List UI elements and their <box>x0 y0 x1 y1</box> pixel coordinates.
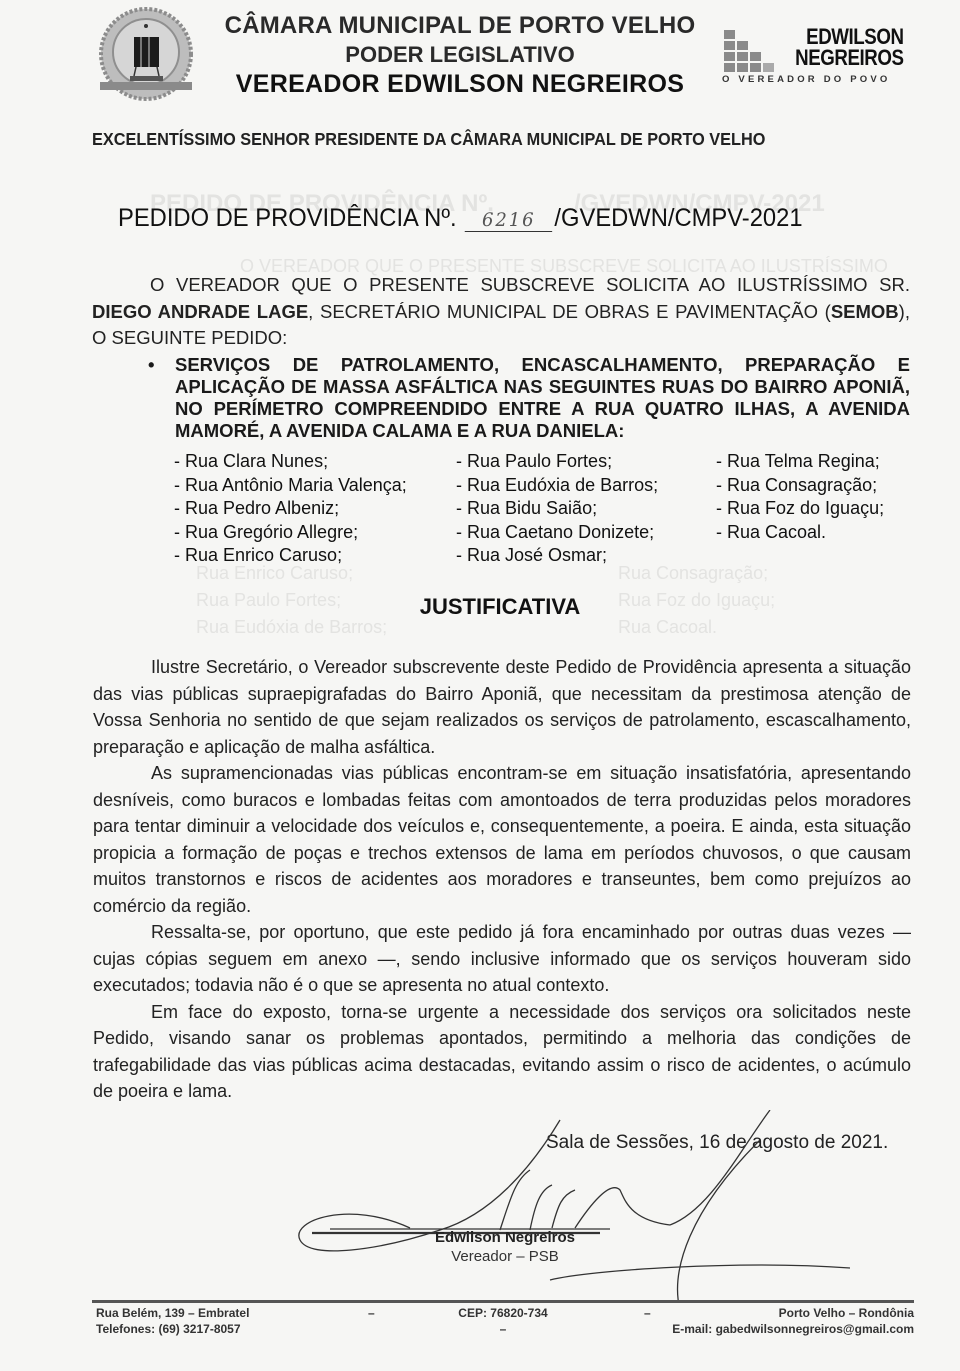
footer-address: Rua Belém, 139 – Embratel Telefones: (69… <box>96 1305 249 1337</box>
list-item: - Rua Eudóxia de Barros; <box>456 474 658 498</box>
list-item: - Rua Clara Nunes; <box>174 450 407 474</box>
document-page: PEDIDO DE PROVIDÊNCIA Nº. /GVEDWN/CMPV-2… <box>0 0 960 1371</box>
street-list-col2: - Rua Paulo Fortes; - Rua Eudóxia de Bar… <box>456 450 658 568</box>
justification-paragraph: Ressalta-se, por oportuno, que este pedi… <box>93 919 911 999</box>
institution-name: CÂMARA MUNICIPAL DE PORTO VELHO <box>200 12 720 40</box>
list-item: - Rua Antônio Maria Valença; <box>174 474 407 498</box>
street-list-col1: - Rua Clara Nunes; - Rua Antônio Maria V… <box>174 450 407 568</box>
request-number: 6216 <box>465 209 552 232</box>
footer-contact: Porto Velho – Rondônia E-mail: gabedwils… <box>672 1305 914 1337</box>
list-item: - Rua Foz do Iguaçu; <box>716 497 884 521</box>
signature-block: Edwilson Negreiros Vereador – PSB <box>420 1228 590 1266</box>
request-title: PEDIDO DE PROVIDÊNCIA Nº. 6216/GVEDWN/CM… <box>118 204 803 233</box>
list-item: - Rua Bidu Saião; <box>456 497 658 521</box>
footer-separator: – <box>644 1305 651 1321</box>
branch-name: PODER LEGISLATIVO <box>200 42 720 68</box>
list-item: - Rua José Osmar; <box>456 544 658 568</box>
footer-separator: – <box>368 1305 375 1321</box>
intro-paragraph: O VEREADOR QUE O PRESENTE SUBSCREVE SOLI… <box>92 272 910 352</box>
footer-divider <box>92 1300 914 1303</box>
brand-tagline: O VEREADOR DO POVO <box>722 74 890 85</box>
agency-acronym: SEMOB <box>831 301 899 322</box>
justification-heading: JUSTIFICATIVA <box>0 594 960 620</box>
justification-body: Ilustre Secretário, o Vereador subscreve… <box>93 654 911 1105</box>
list-item: - Rua Paulo Fortes; <box>456 450 658 474</box>
handwritten-signature-icon <box>290 1110 850 1300</box>
list-item: - Rua Consagração; <box>716 474 884 498</box>
list-item: - Rua Telma Regina; <box>716 450 884 474</box>
brand-name: EDWILSON NEGREIROS <box>796 26 904 68</box>
request-bullet: • SERVIÇOS DE PATROLAMENTO, ENCASCALHAME… <box>148 354 910 442</box>
justification-paragraph: Em face do exposto, torna-se urgente a n… <box>93 999 911 1105</box>
footer-cep: CEP: 76820-734 – <box>453 1305 553 1337</box>
recipient-name: DIEGO ANDRADE LAGE <box>92 301 308 322</box>
justification-paragraph: As supramencionadas vias públicas encont… <box>93 760 911 919</box>
list-item: - Rua Pedro Albeniz; <box>174 497 407 521</box>
municipal-seal-icon <box>96 4 196 104</box>
signer-role: Vereador – PSB <box>420 1247 590 1266</box>
list-item: - Rua Cacoal. <box>716 521 884 545</box>
list-item: - Rua Gregório Allegre; <box>174 521 407 545</box>
list-item: - Rua Caetano Donizete; <box>456 521 658 545</box>
bullet-icon: • <box>148 354 154 376</box>
list-item: - Rua Enrico Caruso; <box>174 544 407 568</box>
brand-logo: EDWILSON NEGREIROS O VEREADOR DO POVO <box>722 24 912 94</box>
street-list-col3: - Rua Telma Regina; - Rua Consagração; -… <box>716 450 884 544</box>
councilor-name: VEREADOR EDWILSON NEGREIROS <box>200 70 720 99</box>
justification-paragraph: Ilustre Secretário, o Vereador subscreve… <box>93 654 911 760</box>
salutation: EXCELENTÍSSIMO SENHOR PRESIDENTE DA CÂMA… <box>92 129 765 150</box>
signer-name: Edwilson Negreiros <box>420 1228 590 1247</box>
footer-email-link[interactable]: E-mail: gabedwilsonnegreiros@gmail.com <box>672 1321 914 1337</box>
